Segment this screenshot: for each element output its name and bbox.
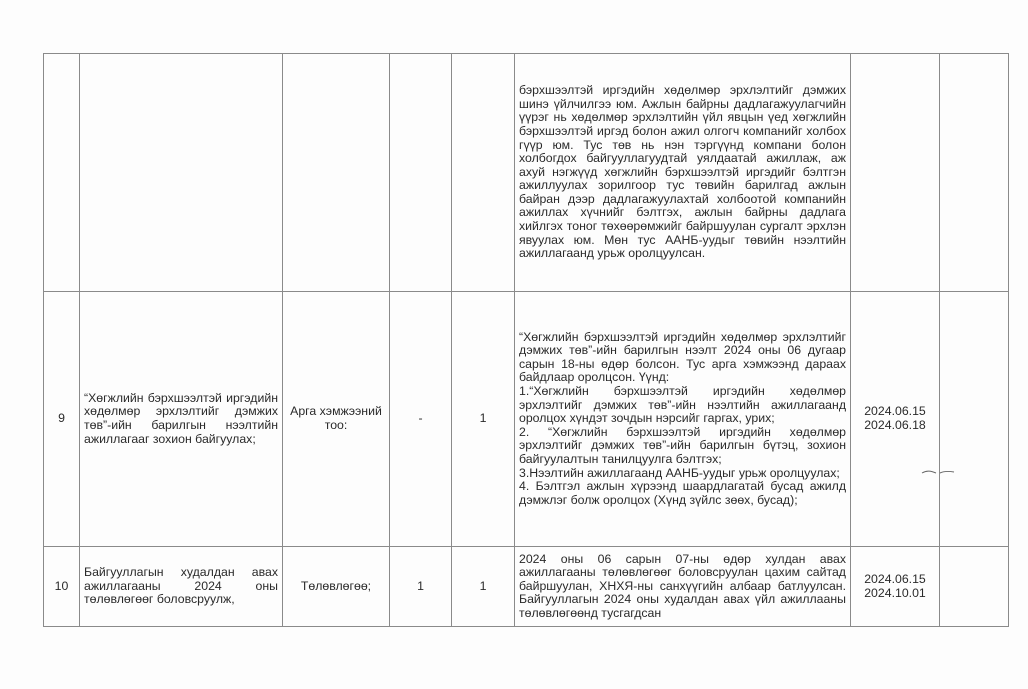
result-item: 2. “Хөгжлийн бэрхшээлтэй иргэдийн хөдөлм…	[519, 426, 846, 467]
row-number: 10	[44, 547, 80, 627]
baseline-cell: 1	[390, 547, 452, 627]
note-cell	[940, 547, 1009, 627]
result-paragraph: “Хөгжлийн бэрхшээлтэй иргэдийн хөдөлмөр …	[519, 331, 846, 385]
result-item: 4. Бэлтгэл ажлын хүрээнд шаардлагатай бу…	[519, 480, 846, 507]
activity-cell: “Хөгжлийн бэрхшээлтэй иргэдийн хөдөлмөр …	[80, 292, 283, 547]
indicator-cell	[283, 54, 390, 292]
start-date: 2024.06.15	[855, 573, 935, 587]
result-cell: бэрхшээлтэй иргэдийн хөдөлмөр эрхлэлтийг…	[515, 54, 851, 292]
result-item: 1.“Хөгжлийн бэрхшээлтэй иргэдийн хөдөлмө…	[519, 385, 846, 426]
activity-cell: Байгууллагын худалдан авах ажиллагааны 2…	[80, 547, 283, 627]
result-cell: “Хөгжлийн бэрхшээлтэй иргэдийн хөдөлмөр …	[515, 292, 851, 547]
end-date: 2024.06.18	[855, 419, 935, 433]
baseline-cell: -	[390, 292, 452, 547]
target-cell: 1	[452, 547, 515, 627]
start-date: 2024.06.15	[855, 405, 935, 419]
document-page: бэрхшээлтэй иргэдийн хөдөлмөр эрхлэлтийг…	[0, 0, 1028, 689]
date-cell: 2024.06.15 2024.10.01	[851, 547, 940, 627]
activity-cell	[80, 54, 283, 292]
result-paragraph: 2024 оны 06 сарын 07-ны өдөр хулдан авах…	[519, 553, 846, 621]
table-row: 9 “Хөгжлийн бэрхшээлтэй иргэдийн хөдөлмө…	[44, 292, 1009, 547]
target-cell: 1	[452, 292, 515, 547]
date-cell	[851, 54, 940, 292]
note-cell	[940, 292, 1009, 547]
target-cell	[452, 54, 515, 292]
table-row: 10 Байгууллагын худалдан авах ажиллагаан…	[44, 547, 1009, 627]
date-cell: 2024.06.15 2024.06.18	[851, 292, 940, 547]
row-number	[44, 54, 80, 292]
signature-icon	[921, 468, 957, 476]
note-cell	[940, 54, 1009, 292]
result-paragraph: бэрхшээлтэй иргэдийн хөдөлмөр эрхлэлтийг…	[519, 84, 846, 261]
result-cell: 2024 оны 06 сарын 07-ны өдөр хулдан авах…	[515, 547, 851, 627]
baseline-cell	[390, 54, 452, 292]
indicator-cell: Арга хэмжээний тоо:	[283, 292, 390, 547]
indicator-cell: Төлөвлөгөө;	[283, 547, 390, 627]
table-row: бэрхшээлтэй иргэдийн хөдөлмөр эрхлэлтийг…	[44, 54, 1009, 292]
result-item: 3.Нээлтийн ажиллагаанд ААНБ-уудыг урьж о…	[519, 467, 846, 481]
end-date: 2024.10.01	[855, 587, 935, 601]
report-table: бэрхшээлтэй иргэдийн хөдөлмөр эрхлэлтийг…	[43, 53, 1009, 627]
row-number: 9	[44, 292, 80, 547]
